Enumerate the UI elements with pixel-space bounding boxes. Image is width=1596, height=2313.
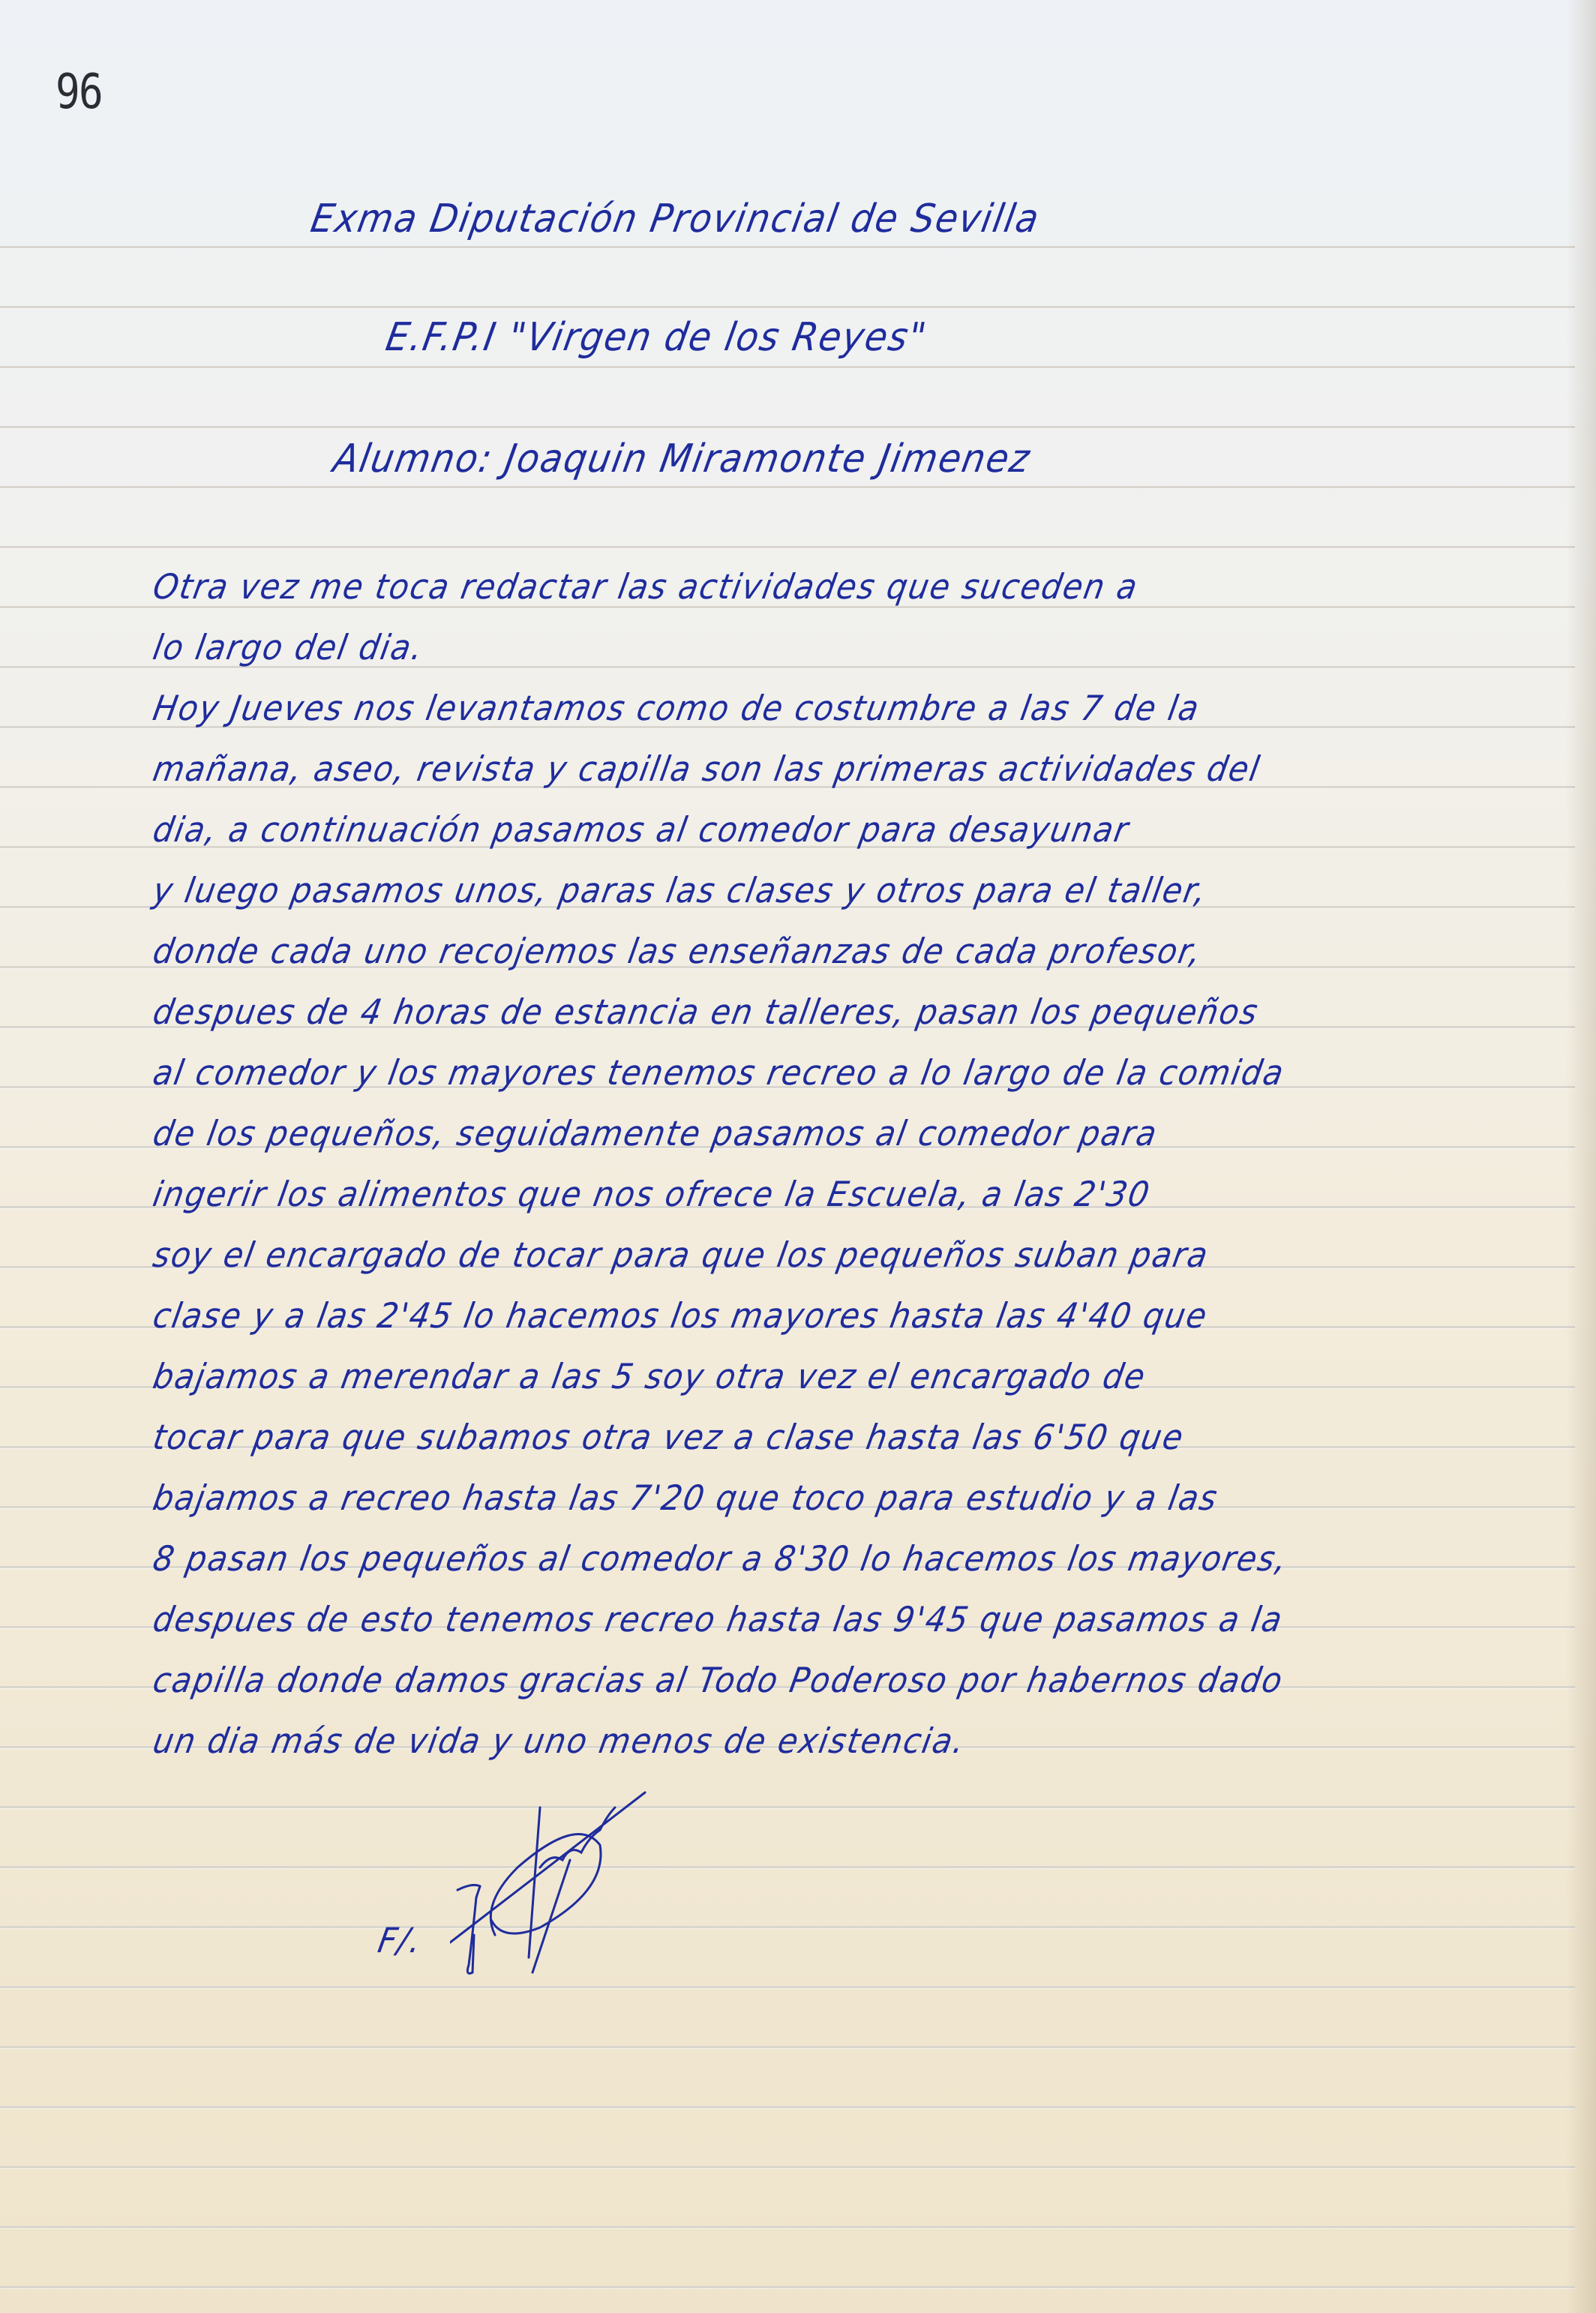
letter-line: capilla donde damos gracias al Todo Pode… [150, 1660, 1287, 1700]
page-edge-shadow [1566, 0, 1596, 2313]
letter-line: al comedor y los mayores tenemos recreo … [150, 1052, 1288, 1093]
signature-prefix: F/. [375, 1920, 425, 1960]
ruled-line [0, 246, 1575, 248]
letter-line: soy el encargado de tocar para que los p… [150, 1234, 1212, 1275]
header-school: E.F.P.I "Virgen de los Reyes" [382, 315, 931, 360]
ruled-line [0, 1806, 1575, 1808]
letter-line: 8 pasan los pequeños al comedor a 8'30 l… [150, 1538, 1291, 1579]
letter-line: donde cada uno recojemos las enseñanzas … [150, 931, 1205, 971]
ruled-line [0, 2286, 1575, 2288]
header-student: Alumno: Joaquin Miramonte Jimenez [330, 436, 1034, 481]
ruled-line [0, 2046, 1575, 2048]
ruled-line [0, 2166, 1575, 2168]
letter-line: Hoy Jueves nos levantamos como de costum… [150, 688, 1203, 728]
ruled-line [0, 1986, 1575, 1988]
page-number: 96 [55, 64, 102, 120]
ruled-line [0, 1926, 1575, 1928]
ruled-line [0, 2106, 1575, 2108]
letter-line: despues de esto tenemos recreo hasta las… [150, 1599, 1286, 1639]
ruled-line [0, 366, 1575, 368]
letter-line: bajamos a merendar a las 5 soy otra vez … [150, 1356, 1149, 1396]
ruled-line [0, 1866, 1575, 1868]
handwritten-signature [450, 1785, 675, 1980]
letter-line: lo largo del dia. [150, 627, 427, 667]
letter-line: tocar para que subamos otra vez a clase … [150, 1417, 1187, 1457]
letter-line: despues de 4 horas de estancia en taller… [150, 991, 1262, 1032]
letter-line: ingerir los alimentos que nos ofrece la … [150, 1174, 1153, 1214]
ruled-line [0, 426, 1575, 428]
ruled-line [0, 2226, 1575, 2228]
ruled-line [0, 546, 1575, 548]
letter-line: clase y a las 2'45 lo hacemos los mayore… [150, 1295, 1211, 1336]
header-institution: Exma Diputación Provincial de Sevilla [307, 196, 1043, 241]
letter-line: dia, a continuación pasamos al comedor p… [150, 809, 1132, 850]
notebook-page: 96 Exma Diputación Provincial de Sevilla… [0, 0, 1596, 2313]
ruled-line [0, 486, 1575, 488]
letter-line: de los pequeños, seguidamente pasamos al… [150, 1113, 1161, 1153]
letter-line: mañana, aseo, revista y capilla son las … [150, 748, 1264, 789]
letter-line: y luego pasamos unos, paras las clases y… [150, 870, 1210, 910]
letter-line: Otra vez me toca redactar las actividade… [150, 566, 1141, 607]
letter-line: un dia más de vida y uno menos de existe… [150, 1720, 969, 1761]
letter-line: bajamos a recreo hasta las 7'20 que toco… [150, 1477, 1222, 1518]
ruled-line [0, 306, 1575, 308]
